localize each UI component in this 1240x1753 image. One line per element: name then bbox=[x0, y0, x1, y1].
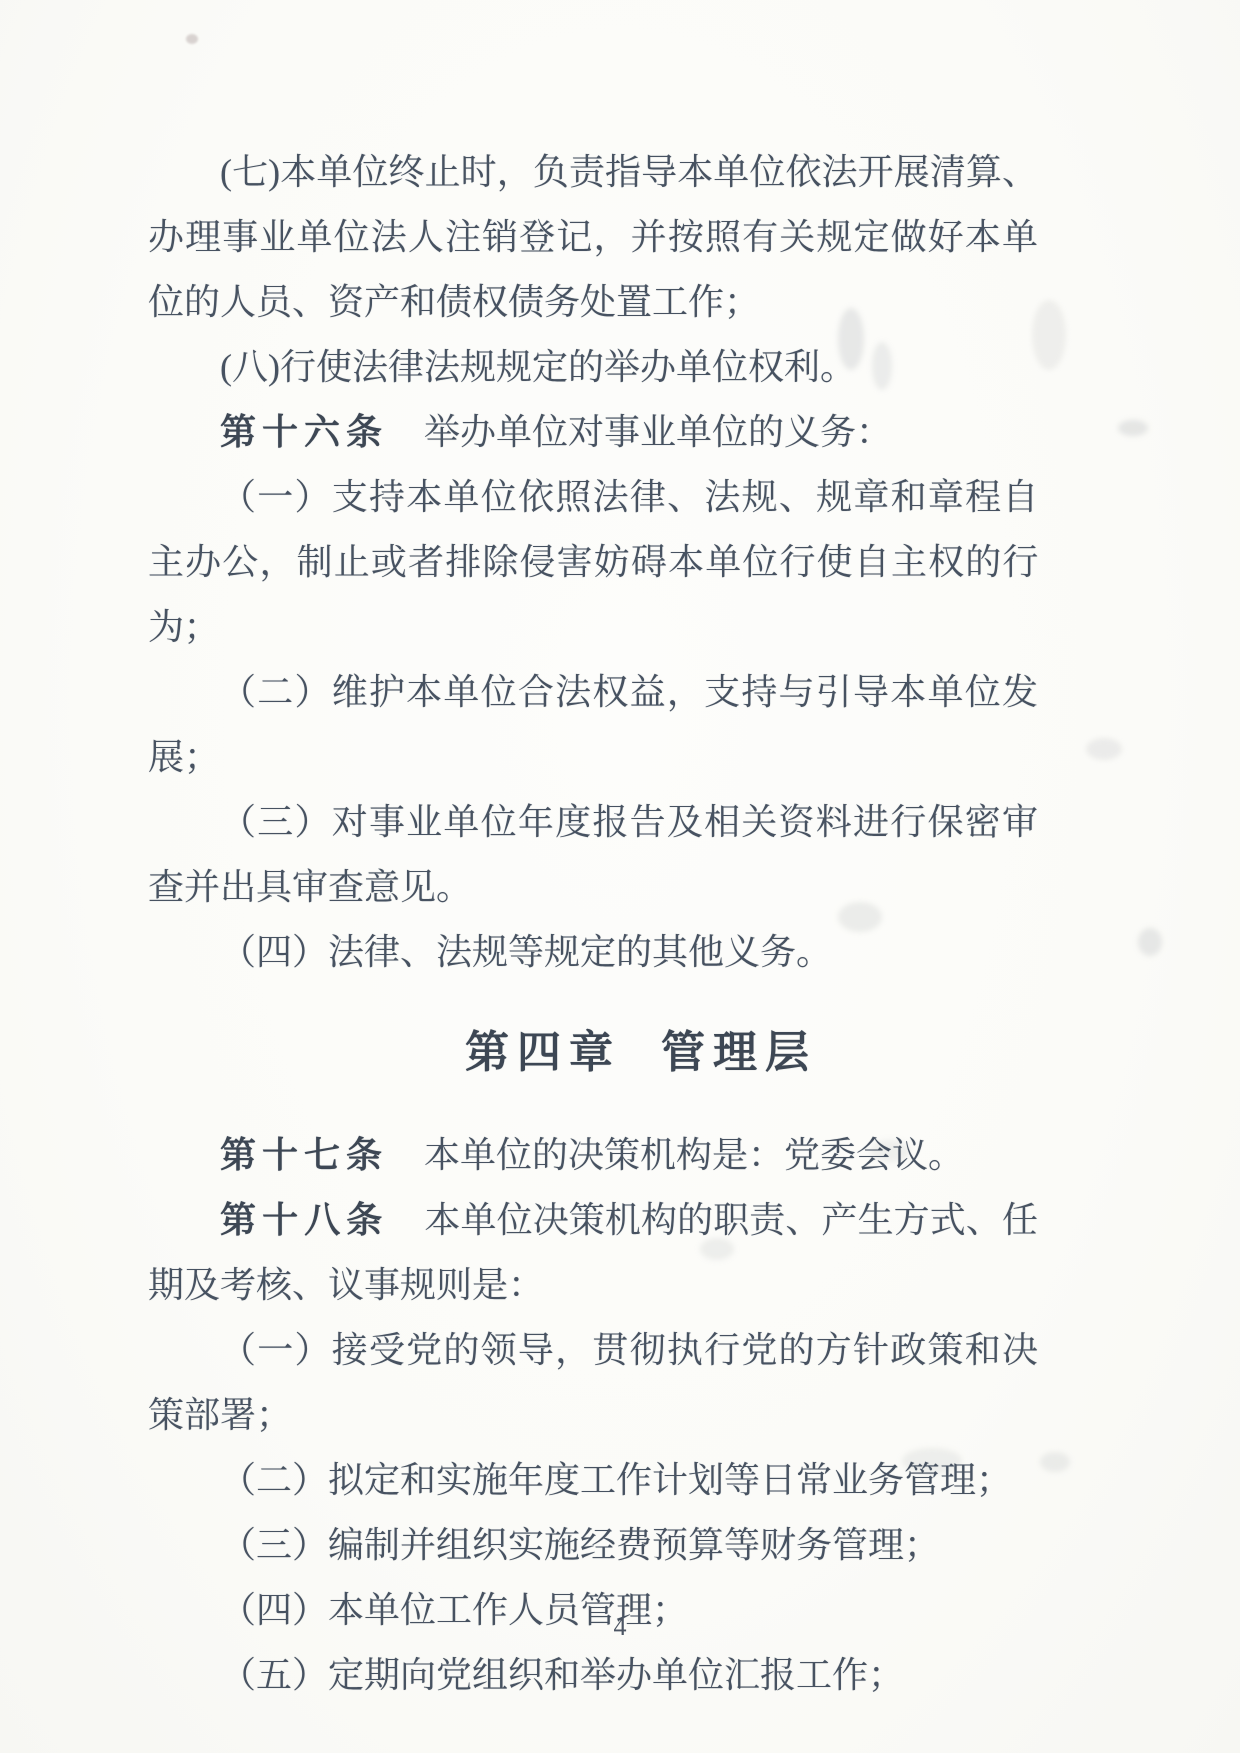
paragraph-text: (八)行使法律法规规定的举办单位权利。 bbox=[220, 347, 856, 387]
paragraph-text: （二）拟定和实施年度工作计划等日常业务管理； bbox=[220, 1460, 1012, 1500]
paragraph: （三）编制并组织实施经费预算等财务管理； bbox=[148, 1513, 1038, 1578]
article-number: 第十八条 bbox=[220, 1200, 388, 1240]
document-body: (七)本单位终止时，负责指导本单位依法开展清算、办理事业单位法人注销登记，并按照… bbox=[148, 140, 1038, 1708]
scan-artifact bbox=[1040, 1452, 1070, 1472]
paragraph: （四）法律、法规等规定的其他义务。 bbox=[148, 920, 1038, 985]
paragraph-text: （五）定期向党组织和举办单位汇报工作； bbox=[220, 1655, 904, 1695]
paragraph: （一）接受党的领导，贯彻执行党的方针政策和决策部署； bbox=[148, 1318, 1038, 1448]
paragraph-text: （四）法律、法规等规定的其他义务。 bbox=[220, 932, 832, 972]
paragraph: （二）维护本单位合法权益，支持与引导本单位发展； bbox=[148, 660, 1038, 790]
paragraph: （二）拟定和实施年度工作计划等日常业务管理； bbox=[148, 1448, 1038, 1513]
article-number: 第十六条 bbox=[220, 412, 388, 452]
paragraph: 第十六条举办单位对事业单位的义务： bbox=[148, 400, 1038, 465]
paragraph-text: （三）对事业单位年度报告及相关资料进行保密审查并出具审查意见。 bbox=[148, 802, 1038, 907]
chapter-title: 管理层 bbox=[661, 1028, 817, 1077]
chapter-heading: 第四章管理层 bbox=[196, 1020, 1086, 1085]
scanned-document-page: (七)本单位终止时，负责指导本单位依法开展清算、办理事业单位法人注销登记，并按照… bbox=[0, 0, 1240, 1753]
paragraph-text: 本单位的决策机构是：党委会议。 bbox=[424, 1135, 964, 1175]
scan-artifact bbox=[1138, 928, 1162, 956]
paragraph-text: (七)本单位终止时，负责指导本单位依法开展清算、办理事业单位法人注销登记，并按照… bbox=[148, 152, 1038, 322]
scan-artifact bbox=[1086, 738, 1122, 760]
scan-artifact bbox=[186, 34, 198, 44]
paragraph-text: （二）维护本单位合法权益，支持与引导本单位发展； bbox=[148, 672, 1038, 777]
scan-artifact bbox=[1118, 420, 1148, 436]
paragraph: (七)本单位终止时，负责指导本单位依法开展清算、办理事业单位法人注销登记，并按照… bbox=[148, 140, 1038, 335]
chapter-number: 第四章 bbox=[465, 1028, 621, 1077]
paragraph: 第十七条本单位的决策机构是：党委会议。 bbox=[148, 1123, 1038, 1188]
paragraph: （一）支持本单位依照法律、法规、规章和章程自主办公，制止或者排除侵害妨碍本单位行… bbox=[148, 465, 1038, 660]
paragraph-text: （一）接受党的领导，贯彻执行党的方针政策和决策部署； bbox=[148, 1330, 1038, 1435]
paragraph: （五）定期向党组织和举办单位汇报工作； bbox=[148, 1643, 1038, 1708]
paragraph: (八)行使法律法规规定的举办单位权利。 bbox=[148, 335, 1038, 400]
paragraph: 第十八条本单位决策机构的职责、产生方式、任期及考核、议事规则是： bbox=[148, 1188, 1038, 1318]
article-number: 第十七条 bbox=[220, 1135, 388, 1175]
page-number: 4 bbox=[0, 1612, 1240, 1642]
paragraph-text: （三）编制并组织实施经费预算等财务管理； bbox=[220, 1525, 940, 1565]
paragraph-text: 举办单位对事业单位的义务： bbox=[424, 412, 892, 452]
paragraph: （三）对事业单位年度报告及相关资料进行保密审查并出具审查意见。 bbox=[148, 790, 1038, 920]
paragraph-text: （一）支持本单位依照法律、法规、规章和章程自主办公，制止或者排除侵害妨碍本单位行… bbox=[148, 477, 1038, 647]
